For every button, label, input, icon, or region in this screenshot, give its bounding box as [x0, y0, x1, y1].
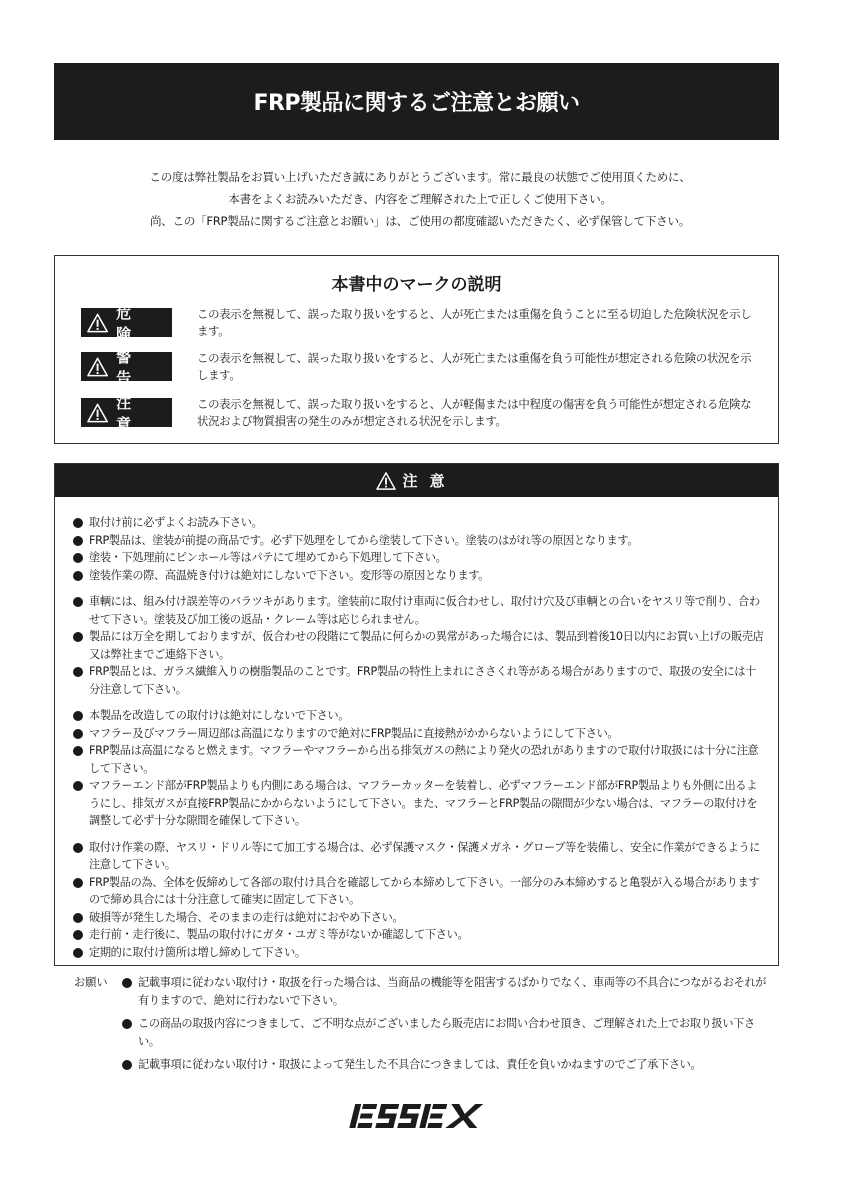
caution-item: マフラーエンド部がFRP製品よりも内側にある場合は、マフラーカッターを装着し、必… — [73, 777, 764, 830]
caution-box: 注意 取付け前に必ずよくお読み下さい。 FRP製品は、塗装が前提の商品です。必ず… — [54, 463, 779, 966]
warning-label: 警告 — [116, 346, 172, 388]
request-item: 記載事項に従わない取付け・取扱を行った場合は、当商品の機能等を阻害するばかりでな… — [122, 974, 774, 1009]
warning-triangle-icon — [87, 313, 108, 333]
marks-title: 本書中のマークの説明 — [55, 270, 778, 295]
caution-item: FRP製品は、塗装が前提の商品です。必ず下処理をしてから塗装して下さい。塗装のは… — [73, 532, 764, 550]
caution-item: 取付け前に必ずよくお読み下さい。 — [73, 514, 764, 532]
request-item: この商品の取扱内容につきまして、ご不明な点がございましたら販売店にお問い合わせ頂… — [122, 1015, 774, 1050]
caution-item: FRP製品の為、全体を仮締めして各部の取付け具合を確認してから本締めして下さい。… — [73, 874, 764, 909]
caution-item: 走行前・走行後に、製品の取付けにガタ・ユガミ等がないか確認して下さい。 — [73, 926, 764, 944]
warning-badge: 警告 — [81, 352, 172, 381]
caution-item: 取付け作業の際、ヤスリ・ドリル等にて加工する場合は、必ず保護マスク・保護メガネ・… — [73, 839, 764, 874]
danger-description: この表示を無視して、誤った取り扱いをすると、人が死亡または重傷を負うことに至る切… — [197, 306, 758, 340]
essex-logo: ESSEX — [348, 1101, 498, 1131]
page-title: FRP製品に関するご注意とお願い — [253, 86, 579, 117]
danger-badge: 危険 — [81, 308, 172, 337]
request-item: 記載事項に従わない取付け・取扱によって発生した不具合につきましては、責任を負いか… — [122, 1056, 774, 1074]
caution-item: FRP製品とは、ガラス繊維入りの樹脂製品のことです。FRP製品の特性上まれにささ… — [73, 663, 764, 698]
caution-item: 車輌には、組み付け誤差等のバラツキがあります。塗装前に取付け車両に仮合わせし、取… — [73, 593, 764, 628]
caution-description: この表示を無視して、誤った取り扱いをすると、人が軽傷または中程度の傷害を負う可能… — [197, 396, 758, 430]
caution-item: マフラー及びマフラー周辺部は高温になりますので絶対にFRP製品に直接熱がかからな… — [73, 725, 764, 743]
caution-item: 製品には万全を期しておりますが、仮合わせの段階にて製品に何らかの異常があった場合… — [73, 628, 764, 663]
danger-label: 危険 — [116, 302, 172, 344]
warning-triangle-icon — [376, 472, 396, 490]
warning-triangle-icon — [87, 403, 108, 423]
caution-label: 注意 — [116, 392, 172, 434]
intro-text: この度は弊社製品をお買い上げいただき誠にありがとうございます。常に最良の状態でご… — [60, 166, 780, 232]
intro-line: この度は弊社製品をお買い上げいただき誠にありがとうございます。常に最良の状態でご… — [60, 166, 780, 188]
warning-triangle-icon — [87, 357, 108, 377]
caution-item: 破損等が発生した場合、そのままの走行は絶対におやめ下さい。 — [73, 909, 764, 927]
caution-list: 取付け前に必ずよくお読み下さい。 FRP製品は、塗装が前提の商品です。必ず下処理… — [73, 514, 764, 961]
mark-row-warning: 警告 この表示を無視して、誤った取り扱いをすると、人が死亡または重傷を負う可能性… — [81, 350, 758, 384]
marks-explanation-box: 本書中のマークの説明 危険 この表示を無視して、誤った取り扱いをすると、人が死亡… — [54, 255, 779, 444]
caution-item: 塗装・下処理前にピンホール等はパテにて埋めてから下処理して下さい。 — [73, 549, 764, 567]
caution-item: FRP製品は高温になると燃えます。マフラーやマフラーから出る排気ガスの熱により発… — [73, 742, 764, 777]
mark-row-caution: 注意 この表示を無視して、誤った取り扱いをすると、人が軽傷または中程度の傷害を負… — [81, 396, 758, 430]
intro-line: 尚、この「FRP製品に関するご注意とお願い」は、ご使用の都度確認いただきたく、必… — [60, 210, 780, 232]
caution-item: 定期的に取付け箇所は増し締めして下さい。 — [73, 944, 764, 962]
warning-description: この表示を無視して、誤った取り扱いをすると、人が死亡または重傷を負う可能性が想定… — [197, 350, 758, 384]
caution-item: 本製品を改造しての取付けは絶対にしないで下さい。 — [73, 707, 764, 725]
request-label: お願い — [74, 974, 108, 992]
mark-row-danger: 危険 この表示を無視して、誤った取り扱いをすると、人が死亡または重傷を負うことに… — [81, 306, 758, 340]
caution-title: 注意 — [402, 470, 456, 491]
page-title-bar: FRP製品に関するご注意とお願い — [54, 63, 779, 140]
caution-item: 塗装作業の際、高温焼き付けは絶対にしないで下さい。変形等の原因となります。 — [73, 567, 764, 585]
caution-badge: 注意 — [81, 398, 172, 427]
request-list: 記載事項に従わない取付け・取扱を行った場合は、当商品の機能等を阻害するばかりでな… — [122, 974, 774, 1080]
intro-line: 本書をよくお読みいただき、内容をご理解された上で正しくご使用下さい。 — [60, 188, 780, 210]
caution-header: 注意 — [55, 464, 778, 497]
